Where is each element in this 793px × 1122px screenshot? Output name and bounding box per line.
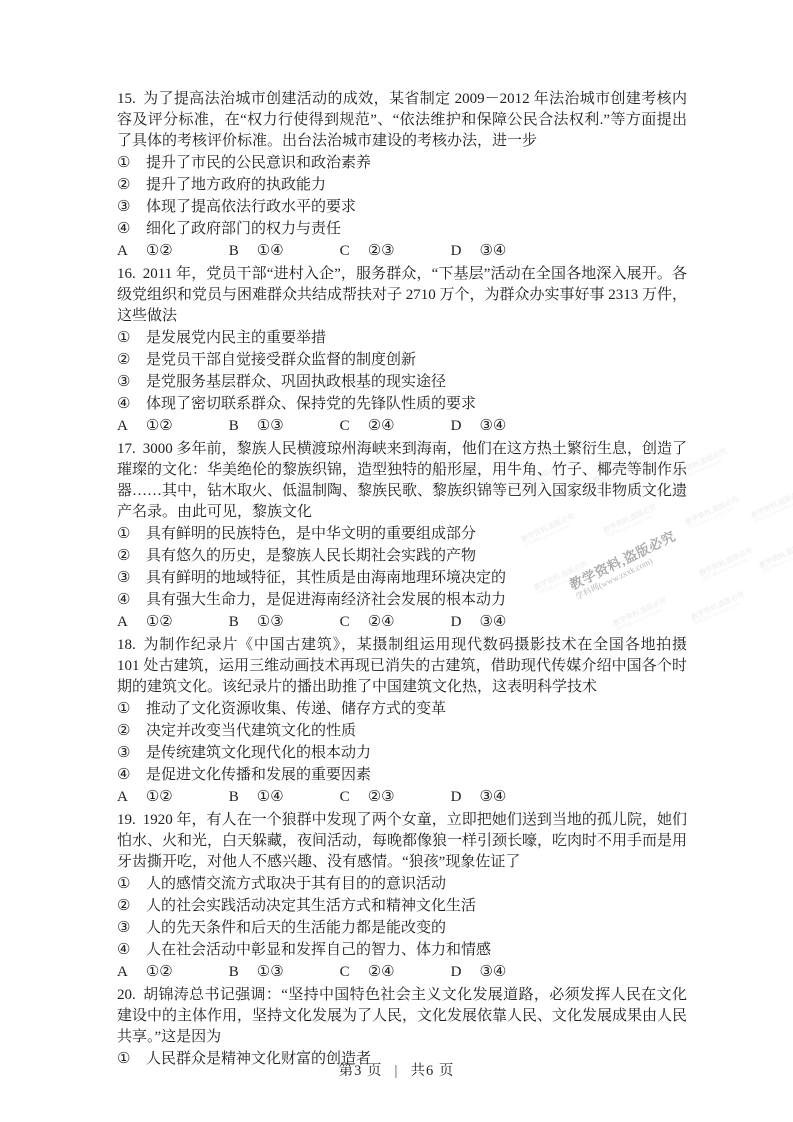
- answer-choice: D③④: [451, 241, 507, 262]
- question-stem: 15.为了提高法治城市创建活动的成效，某省制定 2009－2012 年法治城市创…: [117, 89, 687, 152]
- question-number: 16.: [117, 266, 136, 282]
- option-row: ②决定并改变当代建筑文化的性质: [117, 721, 687, 742]
- question-stem-text: 3000 多年前，黎族人民横渡琼州海峡来到海南，他们在这方热土繁衍生息，创造了璀…: [117, 441, 687, 520]
- question-number: 18.: [117, 637, 136, 653]
- question-stem: 18.为制作纪录片《中国古建筑》，某摄制组运用现代数码摄影技术在全国各地拍摄 1…: [117, 635, 687, 698]
- watermark-url: 学科网(www.zxxk.com): [694, 593, 760, 628]
- option-row: ①人的感情交流方式取决于其有目的的意识活动: [117, 874, 687, 895]
- option-marker: ④: [117, 765, 146, 786]
- option-text: 人的社会实践活动决定其生活方式和精神文化生活: [146, 896, 687, 917]
- option-row: ④人在社会活动中彰显和发挥自己的智力、体力和情感: [117, 940, 687, 961]
- watermark-text: 教学资料,盗版必究: [758, 534, 793, 571]
- answer-choice: D③④: [451, 787, 507, 808]
- watermark-stamp: 教学资料,盗版必究学科网(www.zxxk.com): [698, 542, 767, 584]
- answer-letter: B: [229, 789, 239, 805]
- option-text: 具有悠久的历史，是黎族人民长期社会实践的产物: [146, 546, 687, 567]
- answer-letter: A: [117, 964, 128, 980]
- answer-choice: C②④: [340, 416, 395, 437]
- answer-letter: D: [451, 614, 462, 630]
- answer-choice: A①②: [117, 241, 173, 262]
- answer-choice: A①②: [117, 962, 173, 983]
- answer-combo: ③④: [479, 964, 506, 980]
- watermark-url: 学科网(www.zxxk.com): [688, 498, 754, 533]
- answer-combo: ②④: [368, 614, 395, 630]
- answer-letter: D: [451, 243, 462, 259]
- watermark-text: 教学资料,盗版必究: [690, 586, 757, 623]
- answer-combo: ①②: [146, 789, 173, 805]
- option-marker: ②: [117, 546, 146, 567]
- option-marker: ③: [117, 918, 146, 939]
- answer-letter: C: [340, 418, 350, 434]
- option-marker: ①: [117, 524, 146, 545]
- option-text: 体现了提高依法行政水平的要求: [146, 197, 687, 218]
- option-row: ②人的社会实践活动决定其生活方式和精神文化生活: [117, 896, 687, 917]
- question-number: 17.: [117, 441, 136, 457]
- answer-letter: A: [117, 243, 128, 259]
- option-row: ④细化了政府部门的权力与责任: [117, 219, 687, 240]
- answer-line: A①② B①③ C②④ D③④: [117, 962, 687, 983]
- answer-choice: A①②: [117, 416, 173, 437]
- answer-line: A①② B①③ C②④ D③④: [117, 612, 687, 633]
- question-stem-text: 为制作纪录片《中国古建筑》，某摄制组运用现代数码摄影技术在全国各地拍摄 101 …: [117, 637, 702, 695]
- option-marker: ④: [117, 394, 146, 415]
- answer-choice: A①②: [117, 612, 173, 633]
- option-marker: ②: [117, 175, 146, 196]
- question-stem-text: 1920 年，有人在一个狼群中发现了两个女童，立即把她们送到当地的孤儿院，她们怕…: [117, 812, 687, 870]
- answer-choice: A①②: [117, 787, 173, 808]
- option-text: 是传统建筑文化现代化的根本动力: [146, 743, 687, 764]
- watermark-text: 教学资料,盗版必究: [684, 491, 751, 528]
- answer-letter: B: [229, 964, 239, 980]
- option-marker: ①: [117, 153, 146, 174]
- option-row: ②具有悠久的历史，是黎族人民长期社会实践的产物: [117, 546, 687, 567]
- option-row: ②是党员干部自觉接受群众监督的制度创新: [117, 350, 687, 371]
- footer-page-number: 第3 页: [339, 1063, 383, 1079]
- answer-choice: D③④: [451, 416, 507, 437]
- option-text: 决定并改变当代建筑文化的性质: [146, 721, 687, 742]
- option-text: 人在社会活动中彰显和发挥自己的智力、体力和情感: [146, 940, 687, 961]
- option-text: 具有强大生命力，是促进海南经济社会发展的根本动力: [146, 590, 687, 611]
- option-marker: ①: [117, 699, 146, 720]
- answer-letter: C: [340, 964, 350, 980]
- option-text: 细化了政府部门的权力与责任: [146, 219, 687, 240]
- option-marker: ④: [117, 940, 146, 961]
- option-text: 人的感情交流方式取决于其有目的的意识活动: [146, 874, 687, 895]
- answer-line: A①② B①③ C②④ D③④: [117, 416, 687, 437]
- option-row: ③具有鲜明的地域特征，其性质是由海南地理环境决定的: [117, 568, 687, 589]
- option-row: ③是传统建筑文化现代化的根本动力: [117, 743, 687, 764]
- answer-combo: ①④: [257, 789, 284, 805]
- answer-combo: ①④: [257, 243, 284, 259]
- watermark-stamp: 教学资料,盗版必究学科网(www.zxxk.com): [690, 586, 759, 628]
- question-15: 15.为了提高法治城市创建活动的成效，某省制定 2009－2012 年法治城市创…: [117, 89, 687, 262]
- answer-combo: ①②: [146, 964, 173, 980]
- answer-choice: B①③: [229, 962, 284, 983]
- answer-letter: C: [340, 243, 350, 259]
- option-text: 推动了文化资源收集、传递、储存方式的变革: [146, 699, 687, 720]
- watermark-text: 教学资料,盗版必究: [698, 542, 765, 579]
- option-text: 提升了地方政府的执政能力: [146, 175, 687, 196]
- option-text: 具有鲜明的民族特色，是中华文明的重要组成部分: [146, 524, 687, 545]
- option-text: 是党服务基层群众、巩固执政根基的现实途径: [146, 372, 687, 393]
- option-row: ①推动了文化资源收集、传递、储存方式的变革: [117, 699, 687, 720]
- question-stem: 16.2011 年，党员干部“进村入企”，服务群众，“下基层”活动在全国各地深入…: [117, 264, 687, 327]
- option-marker: ②: [117, 721, 146, 742]
- exam-content: 15.为了提高法治城市创建活动的成效，某省制定 2009－2012 年法治城市创…: [117, 89, 687, 1070]
- question-stem-text: 胡锦涛总书记强调：“坚持中国特色社会主义文化发展道路，必须发挥人民在文化建设中的…: [117, 987, 687, 1045]
- exam-page: { "footer": { "page_label": "第3 页", "sep…: [0, 0, 793, 1122]
- answer-combo: ①②: [146, 614, 173, 630]
- answer-choice: C②④: [340, 962, 395, 983]
- question-stem: 20.胡锦涛总书记强调：“坚持中国特色社会主义文化发展道路，必须发挥人民在文化建…: [117, 985, 687, 1048]
- option-text: 是促进文化传播和发展的重要因素: [146, 765, 687, 786]
- option-marker: ②: [117, 350, 146, 371]
- option-marker: ①: [117, 328, 146, 349]
- answer-letter: C: [340, 789, 350, 805]
- option-row: ④具有强大生命力，是促进海南经济社会发展的根本动力: [117, 590, 687, 611]
- footer-total-pages: 共6 页: [410, 1063, 454, 1079]
- watermark-stamp: 教学资料,盗版必究学科网(www.zxxk.com): [684, 491, 753, 533]
- question-stem-text: 为了提高法治城市创建活动的成效，某省制定 2009－2012 年法治城市创建考核…: [117, 91, 687, 149]
- answer-combo: ①③: [257, 614, 284, 630]
- answer-letter: A: [117, 614, 128, 630]
- option-marker: ④: [117, 219, 146, 240]
- answer-combo: ②③: [368, 789, 395, 805]
- option-marker: ①: [117, 874, 146, 895]
- option-text: 具有鲜明的地域特征，其性质是由海南地理环境决定的: [146, 568, 687, 589]
- answer-choice: C②④: [340, 612, 395, 633]
- option-row: ①具有鲜明的民族特色，是中华文明的重要组成部分: [117, 524, 687, 545]
- answer-letter: A: [117, 789, 128, 805]
- answer-letter: D: [451, 418, 462, 434]
- answer-combo: ②④: [368, 418, 395, 434]
- answer-choice: B①③: [229, 416, 284, 437]
- watermark-url: 学科网(www.zxxk.com): [754, 491, 793, 526]
- question-number: 19.: [117, 812, 136, 828]
- answer-letter: B: [229, 418, 239, 434]
- option-marker: ④: [117, 590, 146, 611]
- answer-combo: ③④: [479, 614, 506, 630]
- answer-line: A①② B①④ C②③ D③④: [117, 241, 687, 262]
- answer-choice: B①④: [229, 787, 284, 808]
- option-row: ②提升了地方政府的执政能力: [117, 175, 687, 196]
- question-18: 18.为制作纪录片《中国古建筑》，某摄制组运用现代数码摄影技术在全国各地拍摄 1…: [117, 635, 687, 808]
- option-marker: ②: [117, 896, 146, 917]
- option-row: ④体现了密切联系群众、保持党的先锋队性质的要求: [117, 394, 687, 415]
- answer-combo: ②④: [368, 964, 395, 980]
- option-marker: ③: [117, 743, 146, 764]
- option-row: ④是促进文化传播和发展的重要因素: [117, 765, 687, 786]
- option-row: ①提升了市民的公民意识和政治素养: [117, 153, 687, 174]
- answer-choice: D③④: [451, 612, 507, 633]
- watermark-stamp: 教学资料,盗版必究学科网(www.zxxk.com): [750, 484, 793, 526]
- answer-combo: ③④: [479, 789, 506, 805]
- answer-letter: B: [229, 243, 239, 259]
- option-text: 是发展党内民主的重要举措: [146, 328, 687, 349]
- option-marker: ③: [117, 568, 146, 589]
- option-row: ③是党服务基层群众、巩固执政根基的现实途径: [117, 372, 687, 393]
- question-stem: 17.3000 多年前，黎族人民横渡琼州海峡来到海南，他们在这方热土繁衍生息，创…: [117, 439, 687, 523]
- question-number: 20.: [117, 987, 136, 1003]
- answer-line: A①② B①④ C②③ D③④: [117, 787, 687, 808]
- option-text: 体现了密切联系群众、保持党的先锋队性质的要求: [146, 394, 687, 415]
- answer-combo: ②③: [368, 243, 395, 259]
- footer-separator: |: [395, 1063, 399, 1079]
- answer-choice: B①④: [229, 241, 284, 262]
- answer-combo: ①③: [257, 418, 284, 434]
- question-stem-text: 2011 年，党员干部“进村入企”，服务群众，“下基层”活动在全国各地深入展开。…: [117, 266, 687, 324]
- option-row: ③人的先天条件和后天的生活能力都是能改变的: [117, 918, 687, 939]
- option-row: ③体现了提高依法行政水平的要求: [117, 197, 687, 218]
- option-marker: ③: [117, 197, 146, 218]
- question-19: 19.1920 年，有人在一个狼群中发现了两个女童，立即把她们送到当地的孤儿院，…: [117, 810, 687, 983]
- answer-letter: B: [229, 614, 239, 630]
- answer-combo: ①②: [146, 243, 173, 259]
- answer-letter: A: [117, 418, 128, 434]
- question-17: 17.3000 多年前，黎族人民横渡琼州海峡来到海南，他们在这方热土繁衍生息，创…: [117, 439, 687, 633]
- answer-combo: ③④: [479, 243, 506, 259]
- watermark-url: 学科网(www.zxxk.com): [702, 549, 768, 584]
- option-marker: ③: [117, 372, 146, 393]
- watermark-stamp: 教学资料,盗版必究学科网(www.zxxk.com): [758, 534, 793, 576]
- answer-combo: ①③: [257, 964, 284, 980]
- answer-choice: D③④: [451, 962, 507, 983]
- option-row: ①是发展党内民主的重要举措: [117, 328, 687, 349]
- question-16: 16.2011 年，党员干部“进村入企”，服务群众，“下基层”活动在全国各地深入…: [117, 264, 687, 437]
- page-footer: 第3 页|共6 页: [0, 1059, 793, 1080]
- answer-letter: D: [451, 964, 462, 980]
- answer-combo: ③④: [479, 418, 506, 434]
- answer-letter: D: [451, 789, 462, 805]
- question-20: 20.胡锦涛总书记强调：“坚持中国特色社会主义文化发展道路，必须发挥人民在文化建…: [117, 985, 687, 1070]
- option-text: 是党员干部自觉接受群众监督的制度创新: [146, 350, 687, 371]
- question-number: 15.: [117, 91, 136, 107]
- option-text: 人的先天条件和后天的生活能力都是能改变的: [146, 918, 687, 939]
- watermark-text: 教学资料,盗版必究: [750, 484, 793, 521]
- answer-letter: C: [340, 614, 350, 630]
- answer-choice: C②③: [340, 787, 395, 808]
- watermark-url: 学科网(www.zxxk.com): [762, 541, 793, 576]
- question-stem: 19.1920 年，有人在一个狼群中发现了两个女童，立即把她们送到当地的孤儿院，…: [117, 810, 687, 873]
- answer-choice: B①③: [229, 612, 284, 633]
- option-text: 提升了市民的公民意识和政治素养: [146, 153, 687, 174]
- answer-choice: C②③: [340, 241, 395, 262]
- answer-combo: ①②: [146, 418, 173, 434]
